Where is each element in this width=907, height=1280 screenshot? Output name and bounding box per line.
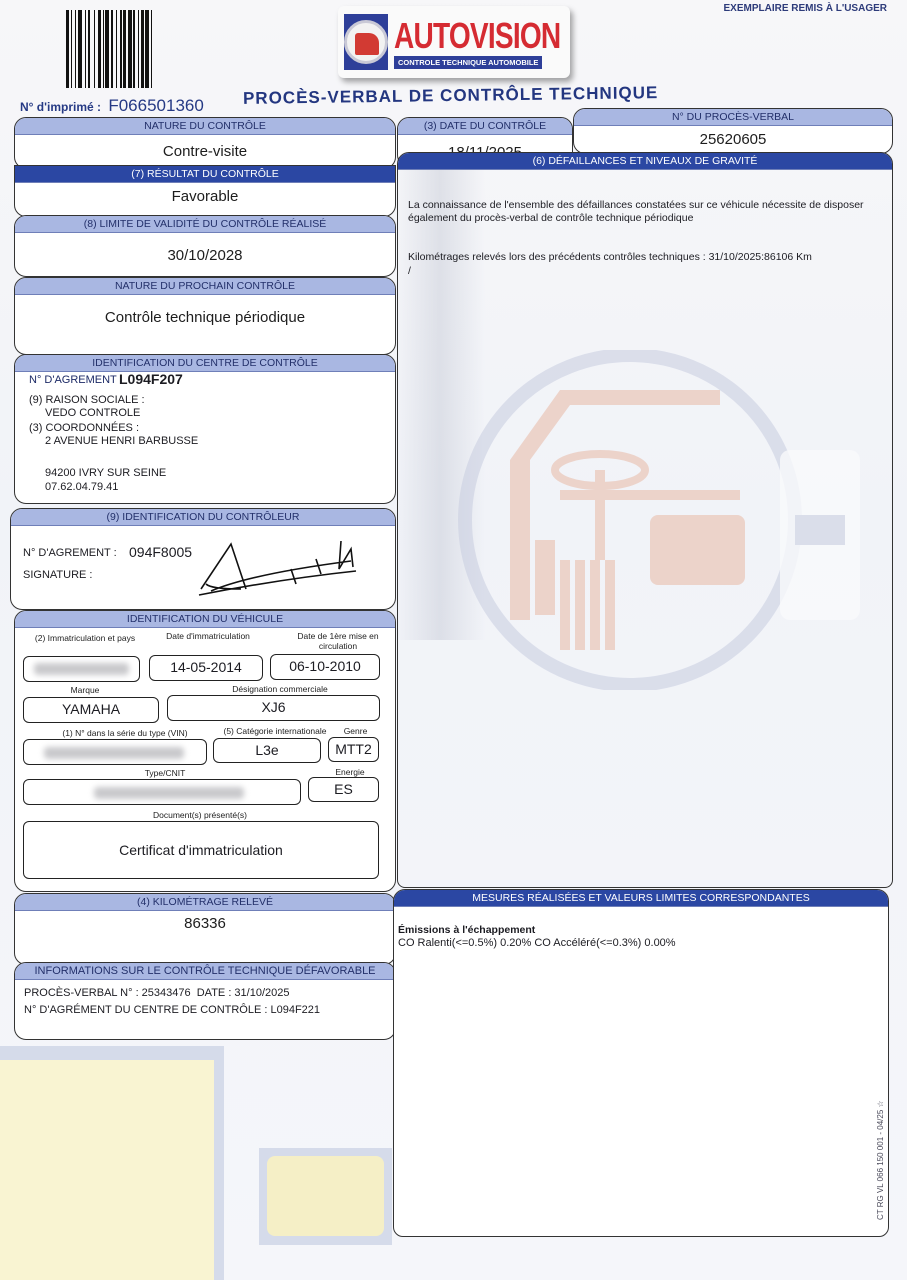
prochain-controle-value: Contrôle technique périodique: [15, 309, 395, 326]
centre-box: IDENTIFICATION DU CENTRE DE CONTRÔLE N° …: [14, 354, 396, 504]
mesures-section-title: Émissions à l'échappement: [398, 924, 535, 936]
km-history-sep: /: [408, 265, 411, 277]
energie-field: ES: [308, 777, 379, 802]
immat-label: (2) Immatriculation et pays: [25, 633, 145, 643]
categorie-label: (5) Catégorie internationale: [215, 726, 335, 736]
controleur-agrement-label: N° D'AGREMENT :: [23, 547, 117, 559]
mesures-box: MESURES RÉALISÉES ET VALEURS LIMITES COR…: [393, 889, 889, 1237]
print-number-label: N° d'imprimé :: [20, 100, 101, 114]
controleur-header: (9) IDENTIFICATION DU CONTRÔLEUR: [11, 509, 395, 526]
resultat-box: (7) RÉSULTAT DU CONTRÔLE Favorable: [14, 165, 396, 217]
documents-field: Certificat d'immatriculation: [23, 821, 379, 879]
resultat-value: Favorable: [15, 188, 395, 205]
marque-field: YAMAHA: [23, 697, 159, 723]
vehicule-header: IDENTIFICATION DU VÉHICULE: [15, 611, 395, 628]
brand-name: AUTOVISION: [394, 16, 560, 56]
kilometrage-value: 86336: [15, 915, 395, 932]
defavorable-header: INFORMATIONS SUR LE CONTRÔLE TECHNIQUE D…: [15, 963, 395, 980]
centre-header: IDENTIFICATION DU CENTRE DE CONTRÔLE: [15, 355, 395, 372]
car-logo-icon: [344, 14, 388, 70]
genre-field: MTT2: [328, 737, 379, 762]
limite-validite-header: (8) LIMITE DE VALIDITÉ DU CONTRÔLE RÉALI…: [15, 216, 395, 233]
pv-number-box: N° DU PROCÈS-VERBAL 25620605: [573, 108, 893, 154]
hologram-sticker: [259, 1148, 392, 1245]
address-line1: 2 AVENUE HENRI BARBUSSE: [45, 435, 198, 447]
raison-sociale-value: VEDO CONTROLE: [45, 407, 140, 419]
vin-field: [23, 739, 207, 765]
vin-redacted: [44, 747, 184, 759]
controleur-box: (9) IDENTIFICATION DU CONTRÔLEUR N° D'AG…: [10, 508, 396, 610]
barcode: [66, 10, 244, 88]
km-history: Kilométrages relevés lors des précédents…: [408, 251, 888, 263]
copy-label: EXEMPLAIRE REMIS À L'USAGER: [723, 3, 887, 14]
defaillances-text: La connaissance de l'ensemble des défail…: [408, 199, 878, 225]
kilometrage-header: (4) KILOMÉTRAGE RELEVÉ: [15, 894, 395, 911]
designation-label: Désignation commerciale: [185, 684, 375, 694]
designation-field: XJ6: [167, 695, 380, 721]
centre-agrement-value: L094F207: [119, 371, 183, 387]
pv-number-header: N° DU PROCÈS-VERBAL: [574, 109, 892, 126]
defavorable-agrement-line: N° D'AGRÉMENT DU CENTRE DE CONTRÔLE : L0…: [24, 1004, 320, 1016]
limite-validite-value: 30/10/2028: [15, 247, 395, 264]
pv-number-value: 25620605: [574, 131, 892, 148]
energie-label: Energie: [325, 767, 375, 777]
car-watermark-icon: [420, 350, 890, 690]
mesures-values: CO Ralenti(<=0.5%) 0.20% CO Accéléré(<=0…: [398, 937, 676, 949]
raison-sociale-label: (9) RAISON SOCIALE :: [29, 394, 145, 406]
immat-redacted: [34, 663, 129, 675]
genre-label: Genre: [333, 726, 378, 736]
immat-field: [23, 656, 140, 682]
date-controle-header: (3) DATE DU CONTRÔLE: [398, 118, 572, 135]
marque-label: Marque: [45, 685, 125, 695]
centre-agrement-label: N° D'AGREMENT :: [29, 374, 123, 386]
signature-image: [191, 529, 371, 599]
signature-label: SIGNATURE :: [23, 569, 92, 581]
defavorable-pv-line: PROCÈS-VERBAL N° : 25343476 DATE : 31/10…: [24, 987, 289, 999]
print-number: N° d'imprimé : F066501360: [20, 96, 204, 116]
vin-label: (1) N° dans la série du type (VIN): [35, 728, 215, 738]
phone: 07.62.04.79.41: [45, 481, 118, 493]
date-immat-field: 14-05-2014: [149, 655, 263, 681]
address-line2: 94200 IVRY SUR SEINE: [45, 467, 166, 479]
autovision-logo: AUTOVISION CONTROLE TECHNIQUE AUTOMOBILE: [338, 6, 570, 78]
type-cnit-field: [23, 779, 301, 805]
kilometrage-box: (4) KILOMÉTRAGE RELEVÉ 86336: [14, 893, 396, 965]
coordonnees-label: (3) COORDONNÉES :: [29, 422, 139, 434]
date-mise-circ-label: Date de 1ère mise en circulation: [283, 631, 393, 651]
vignette-sticker: [0, 1046, 224, 1280]
print-number-value: F066501360: [108, 96, 203, 115]
type-cnit-redacted: [94, 787, 244, 799]
vehicule-box: IDENTIFICATION DU VÉHICULE (2) Immatricu…: [14, 610, 396, 892]
prochain-controle-header: NATURE DU PROCHAIN CONTRÔLE: [15, 278, 395, 295]
date-immat-label: Date d'immatriculation: [153, 631, 263, 641]
brand-tagline: CONTROLE TECHNIQUE AUTOMOBILE: [394, 56, 542, 69]
type-cnit-label: Type/CNIT: [125, 768, 205, 778]
documents-label: Document(s) présenté(s): [125, 810, 275, 820]
defaillances-header: (6) DÉFAILLANCES ET NIVEAUX DE GRAVITÉ: [398, 153, 892, 170]
nature-controle-header: NATURE DU CONTRÔLE: [15, 118, 395, 135]
nature-controle-box: NATURE DU CONTRÔLE Contre-visite: [14, 117, 396, 169]
limite-validite-box: (8) LIMITE DE VALIDITÉ DU CONTRÔLE RÉALI…: [14, 215, 396, 277]
controleur-agrement-value: 094F8005: [129, 544, 192, 560]
prochain-controle-box: NATURE DU PROCHAIN CONTRÔLE Contrôle tec…: [14, 277, 396, 355]
mesures-header: MESURES RÉALISÉES ET VALEURS LIMITES COR…: [394, 890, 888, 907]
form-code: CT RG VL 066 150 001 - 04/25 ☆: [876, 1100, 885, 1220]
date-mise-circ-field: 06-10-2010: [270, 654, 380, 680]
resultat-header: (7) RÉSULTAT DU CONTRÔLE: [15, 166, 395, 183]
defavorable-box: INFORMATIONS SUR LE CONTRÔLE TECHNIQUE D…: [14, 962, 396, 1040]
categorie-field: L3e: [213, 738, 321, 763]
nature-controle-value: Contre-visite: [15, 143, 395, 160]
